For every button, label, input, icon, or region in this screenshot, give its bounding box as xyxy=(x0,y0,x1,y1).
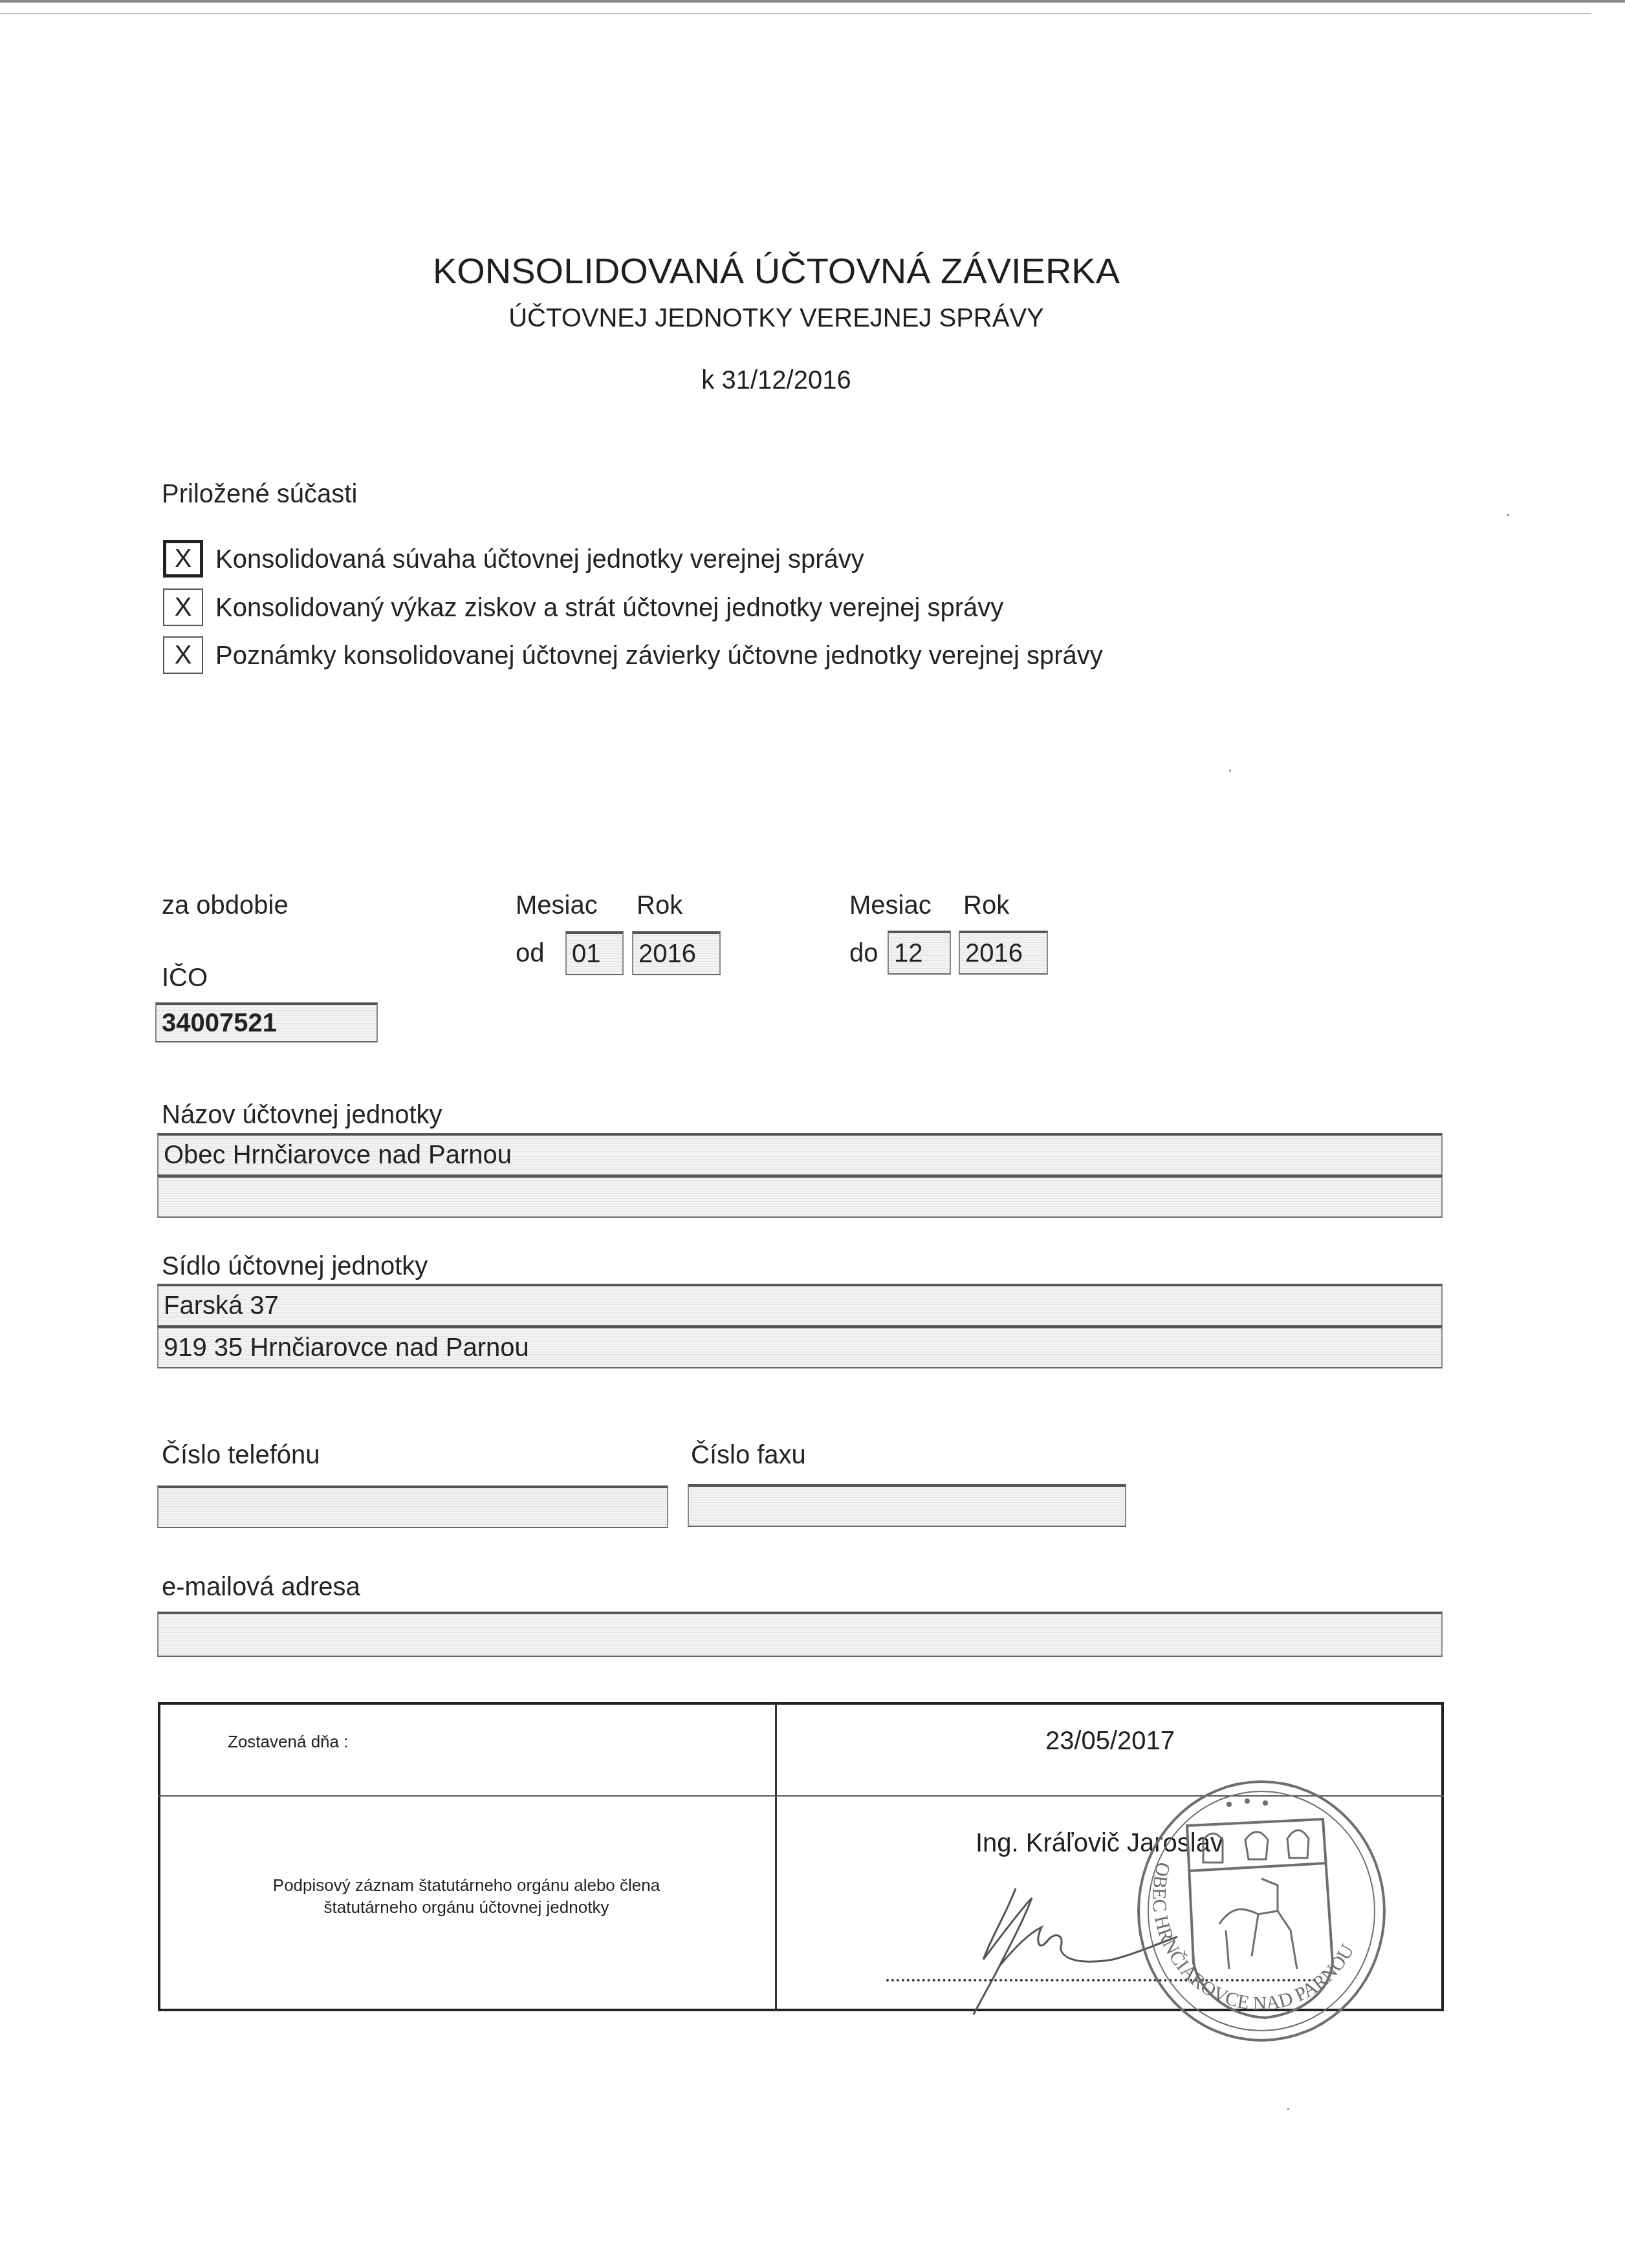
ico-label: IČO xyxy=(162,964,208,993)
from-month-field[interactable]: 01 xyxy=(565,931,624,975)
scan-speck xyxy=(1507,514,1509,516)
compiled-date-value: 23/05/2017 xyxy=(777,1727,1443,1756)
signature-record-label-line1: Podpisový záznam štatutárneho orgánu ale… xyxy=(158,1874,775,1896)
period-label: za obdobie xyxy=(162,891,289,920)
document-title: KONSOLIDOVANÁ ÚČTOVNÁ ZÁVIERKA xyxy=(0,250,1553,292)
entity-name-field-line1[interactable]: Obec Hrnčiarovce nad Parnou xyxy=(157,1133,1443,1176)
phone-label: Číslo telefónu xyxy=(162,1441,320,1470)
signature-record-label: Podpisový záznam štatutárneho orgánu ale… xyxy=(158,1874,775,1918)
attachment-checkbox-balance-sheet[interactable]: X xyxy=(163,540,203,578)
from-prefix: od xyxy=(516,939,545,968)
entity-address-label: Sídlo účtovnej jednotky xyxy=(162,1252,428,1281)
scan-speck xyxy=(1287,2108,1289,2110)
email-field[interactable] xyxy=(157,1612,1443,1657)
check-mark-icon: X xyxy=(175,593,192,622)
fax-label: Číslo faxu xyxy=(691,1441,806,1470)
entity-name-field-line2[interactable] xyxy=(157,1175,1443,1218)
from-month-header: Mesiac xyxy=(516,891,598,920)
from-year-header: Rok xyxy=(637,891,682,920)
attachment-label-balance-sheet: Konsolidovaná súvaha účtovnej jednotky v… xyxy=(215,545,864,574)
entity-address-field-line2[interactable]: 919 35 Hrnčiarovce nad Parnou xyxy=(157,1326,1443,1368)
scan-edge-line xyxy=(0,0,1625,3)
compiled-date-label: Zostavená dňa : xyxy=(228,1732,348,1752)
scan-edge-line xyxy=(0,13,1591,14)
entity-name-label: Názov účtovnej jednotky xyxy=(162,1101,442,1130)
email-label: e-mailová adresa xyxy=(162,1573,360,1602)
as-of-date: k 31/12/2016 xyxy=(0,366,1553,395)
check-mark-icon: X xyxy=(175,545,192,574)
to-month-header: Mesiac xyxy=(849,891,932,920)
attachment-label-notes: Poznámky konsolidovanej účtovnej závierk… xyxy=(215,642,1103,671)
entity-address-field-line1[interactable]: Farská 37 xyxy=(157,1284,1443,1326)
phone-field[interactable] xyxy=(157,1485,668,1528)
to-prefix: do xyxy=(849,939,878,968)
check-mark-icon: X xyxy=(175,641,192,670)
attachment-checkbox-income-statement[interactable]: X xyxy=(163,589,203,626)
fax-field[interactable] xyxy=(688,1484,1126,1527)
attachment-label-income-statement: Konsolidovaný výkaz ziskov a strát účtov… xyxy=(215,594,1003,623)
from-year-field[interactable]: 2016 xyxy=(632,931,721,975)
attachments-label: Priložené súčasti xyxy=(162,480,357,509)
to-year-field[interactable]: 2016 xyxy=(959,931,1048,975)
ico-field[interactable]: 34007521 xyxy=(155,1002,378,1042)
official-stamp-icon: OBEC HRNČIAROVCE NAD PARNOU xyxy=(1129,1775,1388,2047)
signature-record-label-line2: štatutárneho orgánu účtovnej jednotky xyxy=(158,1896,775,1918)
to-month-field[interactable]: 12 xyxy=(888,931,951,975)
attachment-checkbox-notes[interactable]: X xyxy=(163,636,203,674)
document-subtitle: ÚČTOVNEJ JEDNOTKY VEREJNEJ SPRÁVY xyxy=(0,304,1553,333)
to-year-header: Rok xyxy=(963,891,1009,920)
scan-speck xyxy=(1229,770,1231,772)
